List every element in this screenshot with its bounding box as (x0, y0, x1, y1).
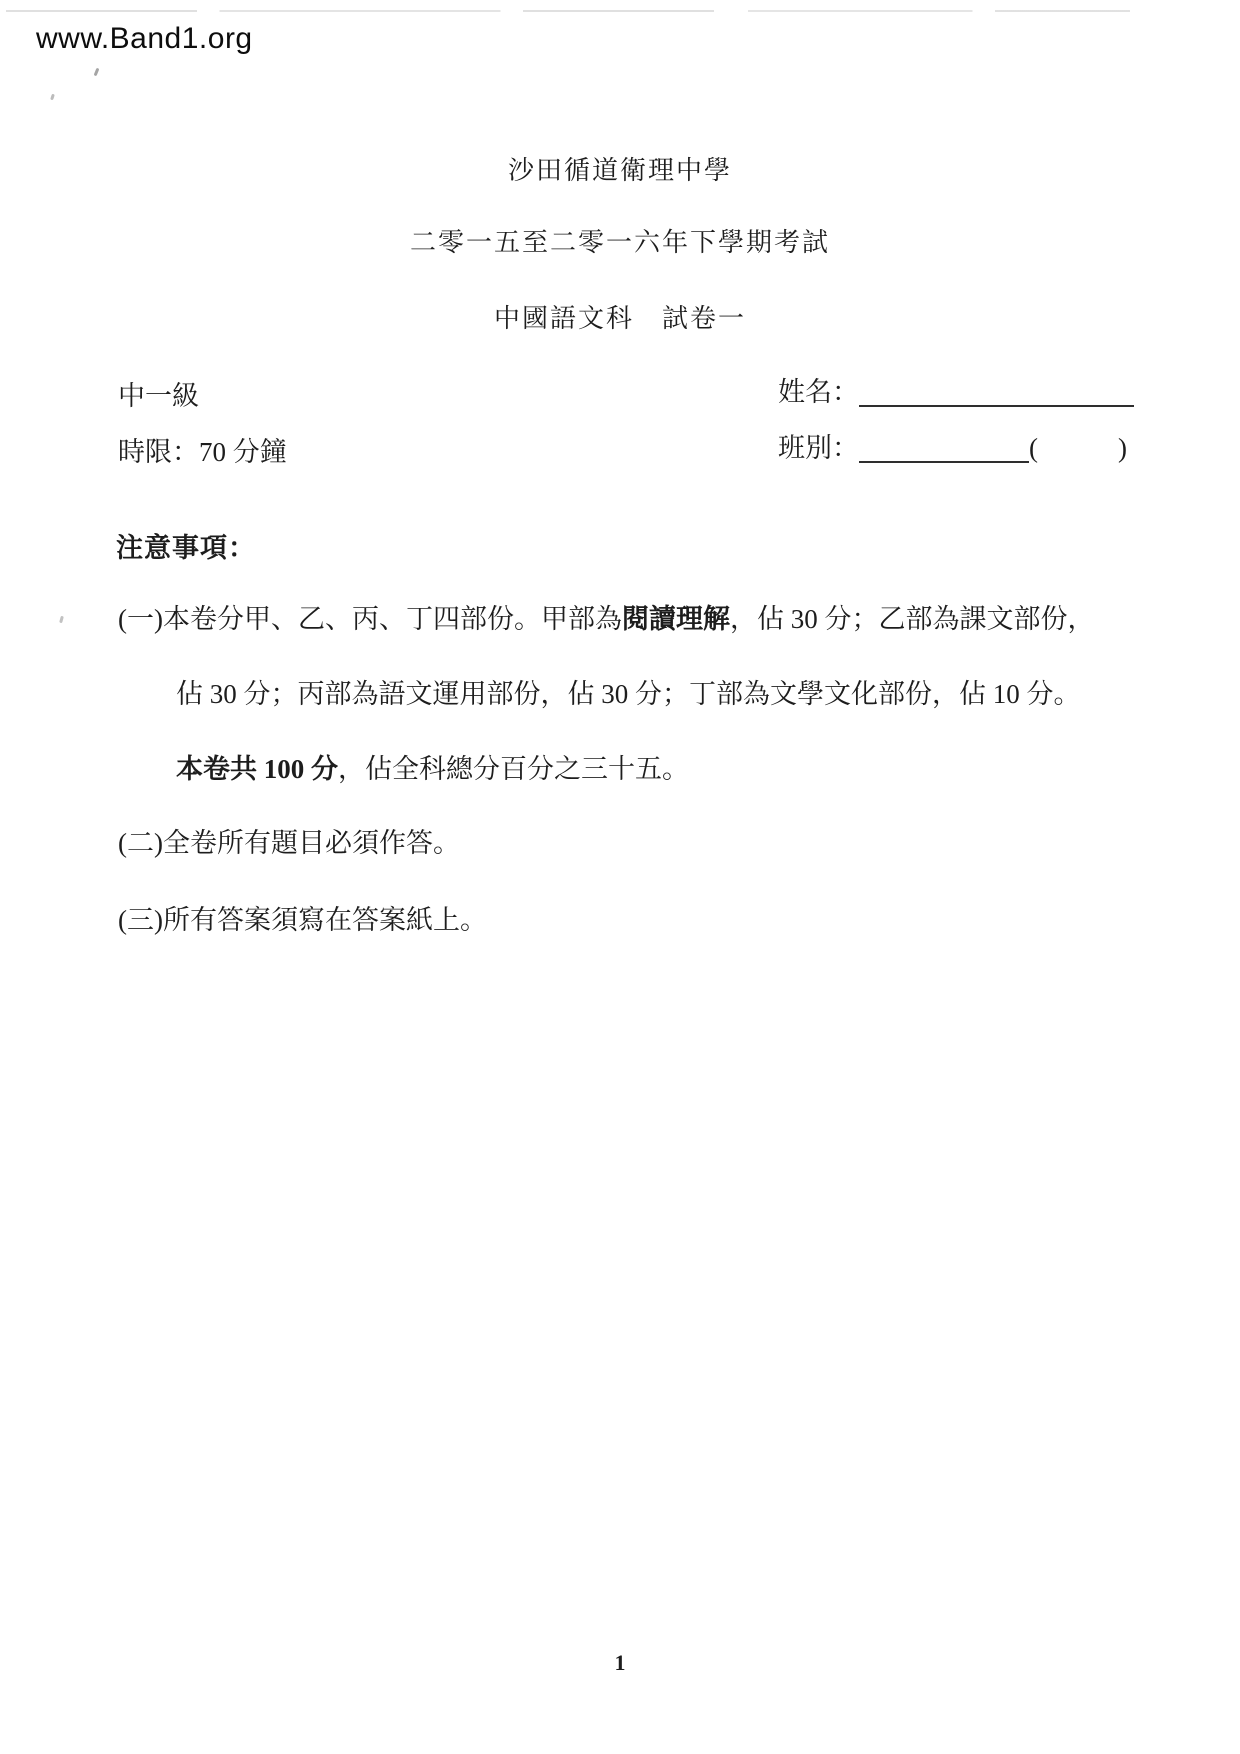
note-1-text-emphasis: 閱讀理解 (622, 604, 730, 634)
class-paren-open: ( (1029, 433, 1038, 463)
school-name: 沙田循道衛理中學 (0, 150, 1240, 187)
class-label: 班別： (778, 433, 859, 463)
name-field-row: 姓名： (778, 370, 1134, 409)
notes-heading: 注意事項： (116, 526, 256, 565)
scan-speck (50, 94, 55, 101)
note-1-number: (一) (118, 604, 163, 634)
class-paren-close: ) (1118, 433, 1127, 463)
subject-paper-title: 中國語文科 試卷一 (0, 298, 1240, 335)
class-field-row: 班別：() (778, 426, 1127, 465)
time-limit-label: 時限：70 分鐘 (118, 430, 287, 469)
note-1-text-emphasis: 本卷共 100 分 (176, 754, 338, 784)
note-2-text: 全卷所有題目必須作答。 (163, 828, 460, 858)
name-label: 姓名： (778, 377, 859, 407)
note-1-text: 本卷分甲、乙、丙、丁四部份。甲部為 (163, 604, 622, 634)
name-blank-line (859, 403, 1134, 407)
scan-artifact-line (6, 10, 1130, 12)
note-3-text: 所有答案須寫在答案紙上。 (163, 905, 487, 935)
note-1-text: ，佔全科總分百分之三十五。 (338, 754, 689, 784)
exam-session-title: 二零一五至二零一六年下學期考試 (0, 222, 1240, 259)
page-number: 1 (0, 1650, 1240, 1676)
note-item-2: (二)全卷所有題目必須作答。 (118, 806, 1096, 881)
note-item-3: (三)所有答案須寫在答案紙上。 (118, 883, 1096, 958)
note-item-1: (一)本卷分甲、乙、丙、丁四部份。甲部為閱讀理解，佔 30 分；乙部為課文部份，… (118, 582, 1096, 807)
watermark-text: www.Band1.org (36, 22, 253, 56)
exam-paper-page: www.Band1.org 沙田循道衛理中學 二零一五至二零一六年下學期考試 中… (0, 0, 1240, 1754)
class-blank-line (859, 459, 1029, 463)
scan-speck (94, 68, 100, 77)
note-2-number: (二) (118, 828, 163, 858)
grade-level-label: 中一級 (118, 374, 199, 413)
note-3-number: (三) (118, 905, 163, 935)
scan-speck (59, 616, 64, 624)
